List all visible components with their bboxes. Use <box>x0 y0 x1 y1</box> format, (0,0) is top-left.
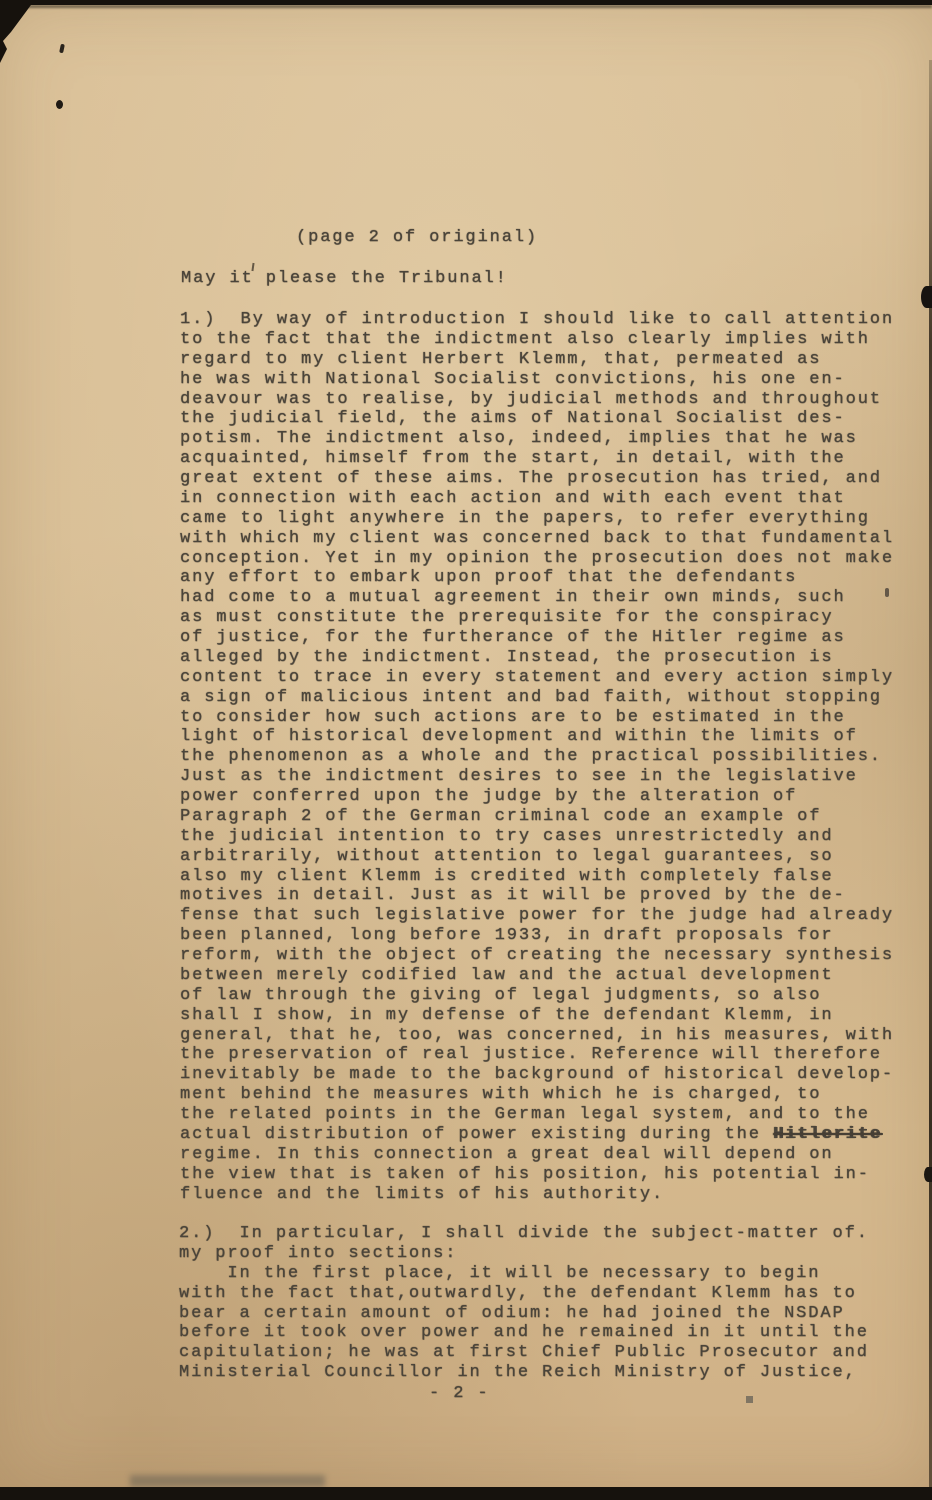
scan-edge-shadow <box>28 5 932 8</box>
bottom-smudge <box>130 1475 325 1487</box>
scan-blot-right-upper <box>921 286 932 308</box>
page-reference-note: (page 2 of original) <box>296 228 538 248</box>
ink-speck <box>56 100 63 109</box>
ink-speck <box>885 588 889 597</box>
ink-speck <box>59 44 65 54</box>
salutation-line: May it please the Tribunal! <box>181 269 508 289</box>
overstruck-word: Hitlerite <box>773 1125 882 1144</box>
document-page: (page 2 of original) May it please the T… <box>0 5 932 1487</box>
paragraph-1: 1.) By way of introduction I should like… <box>180 310 894 1204</box>
paragraph-2: 2.) In particular, I shall divide the su… <box>179 1224 869 1383</box>
paper-fleck <box>746 1396 753 1403</box>
page-number-footer: - 2 - <box>429 1384 490 1404</box>
scan-blot-right-lower <box>924 1167 932 1182</box>
scanned-document-screenshot: { "document": { "header_note": "(page 2 … <box>0 0 932 1500</box>
